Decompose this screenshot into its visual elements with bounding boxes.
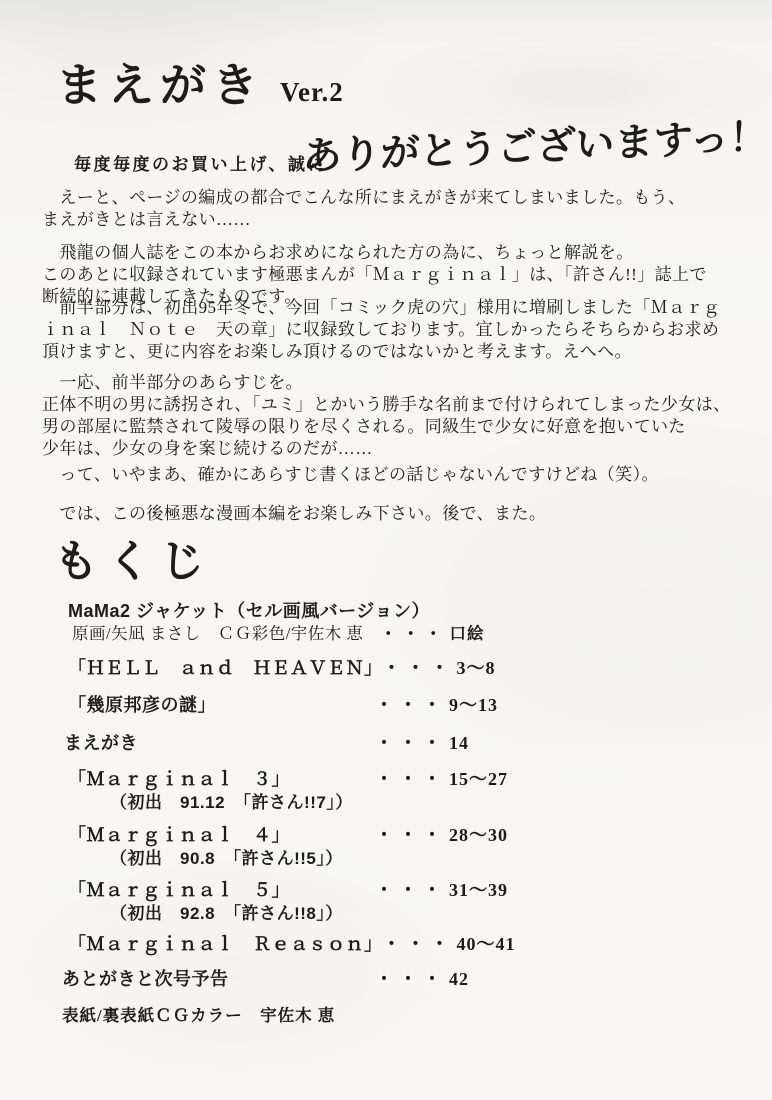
handwritten-thanks: ありがとうございますっ！: [302, 106, 769, 182]
toc-entry-note: （初出 91.12 「許さん!!7」）: [110, 788, 353, 813]
toc-dot-leader: ・・・: [383, 930, 455, 956]
toc-page-range: 31～39: [449, 876, 508, 902]
toc-page-range: 15～27: [449, 765, 508, 791]
preface-paragraph-4: 一応、前半部分のあらすじを。 正体不明の男に誘拐され、「ユミ」とかいう勝手な名前…: [42, 372, 734, 460]
toc-page-range: 3～8: [457, 654, 496, 680]
preface-paragraph-6: では、この後極悪な漫画本編をお楽しみ下さい。後で、また。: [42, 503, 734, 525]
toc-entry-title: あとがきと次号予告: [62, 965, 369, 991]
toc-heading: もくじ: [54, 540, 213, 584]
toc-page-range: 9～13: [449, 691, 498, 717]
toc-entry-title: まえがき: [64, 729, 371, 755]
toc-dot-leader: ・・・: [375, 765, 447, 791]
toc-entry-note: （初出 92.8 「許さん!!8」）: [110, 899, 343, 924]
preface-paragraph-3: 前半部分は、初出95年冬で、今回「コミック虎の穴」様用に増刷しました「Ｍａｒｇ …: [42, 297, 734, 363]
preface-paragraph-1: えーと、ページの編成の都合でこんな所にまえがきが来てしまいました。もう、 まえが…: [42, 187, 734, 231]
toc-dot-leader: ・・・: [375, 965, 447, 991]
toc-dot-leader: ・・・: [383, 654, 455, 680]
toc-dot-leader: ・・・: [375, 821, 447, 847]
toc-dot-leader: ・・・: [375, 691, 447, 717]
toc-row: まえがき ・・・ 14: [68, 729, 742, 755]
scanned-doujinshi-page: まえがきVer.2 毎度毎度のお買い上げ、誠に ありがとうございますっ！ えーと…: [0, 0, 772, 1100]
toc-page-range: 42: [449, 969, 469, 990]
version-label: Ver.2: [280, 77, 344, 107]
greeting-text: 毎度毎度のお買い上げ、誠に: [74, 150, 327, 175]
toc-entry-note: （初出 90.8 「許さん!!5」）: [110, 844, 343, 869]
toc-row: あとがきと次号予告 ・・・ 42: [68, 965, 742, 991]
cover-credit: 表紙/裏表紙ＣＧカラー 宇佐木 恵: [62, 1002, 335, 1026]
toc-entry-title: 「ＨＥＬＬ ａｎｄ ＨＥＡＶＥＮ」: [68, 654, 383, 680]
toc-row: 「ＨＥＬＬ ａｎｄ ＨＥＡＶＥＮ」 ・・・ 3～8: [68, 654, 742, 680]
toc-dot-leader: ・・・: [380, 620, 448, 644]
toc-row: 「幾原邦彦の謎」 ・・・ 9～13: [68, 691, 742, 717]
toc-dot-leader: ・・・: [375, 729, 447, 755]
toc-page-range: 40～41: [457, 930, 516, 956]
toc-page-label: 口絵: [450, 620, 485, 644]
toc-row: 「Ｍａｒｇｉｎａｌ Ｒｅａｓｏｎ」 ・・・ 40～41: [68, 930, 742, 956]
toc-page-range: 14: [449, 733, 469, 754]
toc-entry-title: 「Ｍａｒｇｉｎａｌ Ｒｅａｓｏｎ」: [68, 930, 383, 956]
toc-entry-title: 「幾原邦彦の謎」: [68, 691, 375, 717]
toc-page-range: 28～30: [449, 821, 508, 847]
toc-entry-credit: 原画/矢凪 まさし ＣＧ彩色/宇佐木 恵: [72, 620, 380, 644]
page-title: まえがきVer.2: [56, 62, 344, 108]
page-title-text: まえがき: [56, 59, 264, 111]
preface-paragraph-5: って、いやまあ、確かにあらすじ書くほどの話じゃないんですけどね（笑）。: [42, 464, 734, 486]
toc-row: 原画/矢凪 まさし ＣＧ彩色/宇佐木 恵 ・・・ 口絵: [72, 620, 742, 644]
toc-dot-leader: ・・・: [375, 876, 447, 902]
